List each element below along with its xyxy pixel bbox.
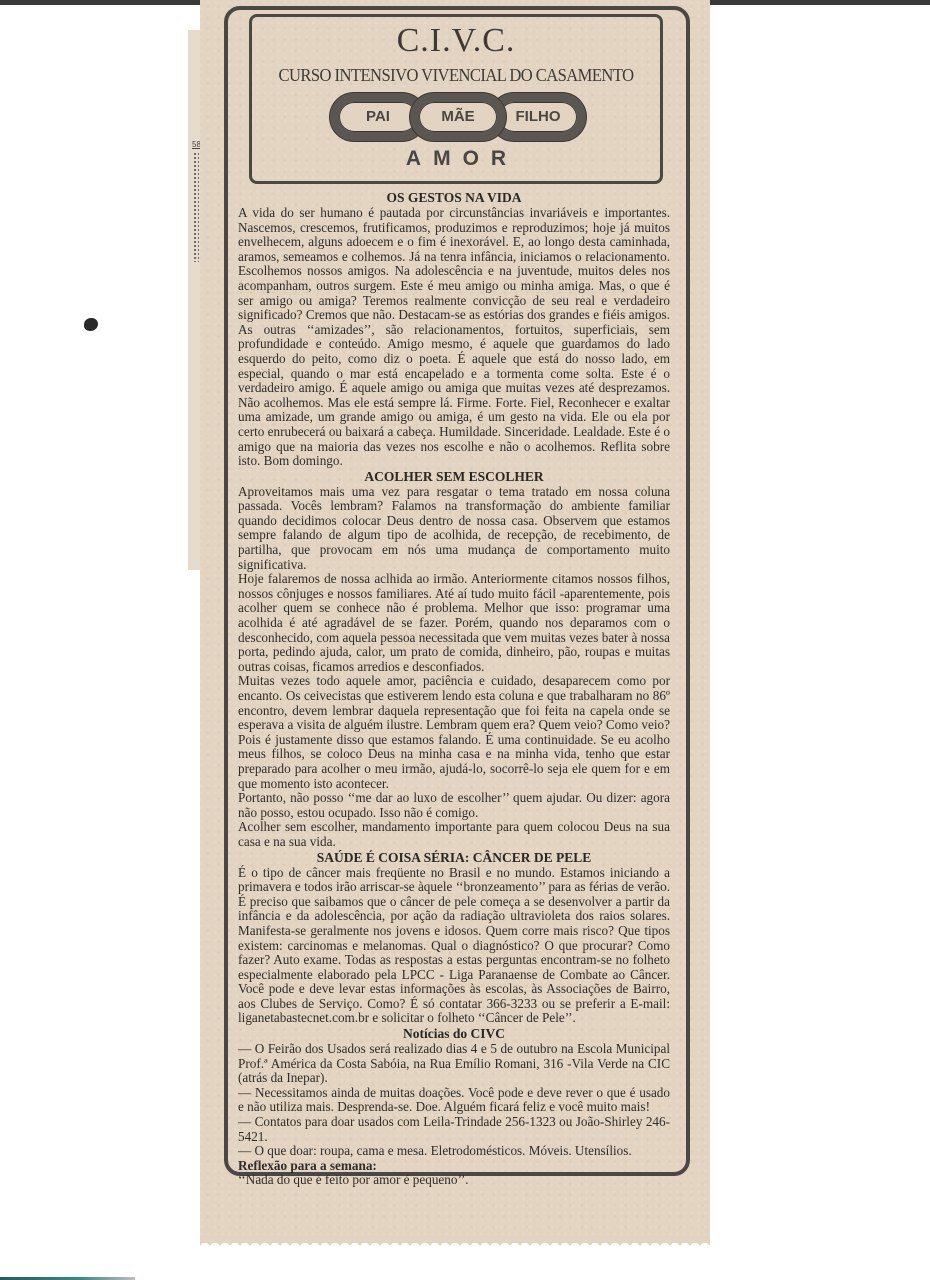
chain-label-mae: MÃE — [418, 108, 498, 125]
motto: AMOR — [252, 147, 660, 171]
section-saude: SAÚDE É COISA SÉRIA: CÂNCER DE PELE É o … — [238, 850, 670, 1027]
section-acolher: ACOLHER SEM ESCOLHER Aproveitamos mais u… — [238, 469, 670, 850]
section-heading: OS GESTOS NA VIDA — [238, 190, 670, 206]
masthead-subtitle: CURSO INTENSIVO VIVENCIAL DO CASAMENTO — [268, 65, 643, 85]
masthead: C.I.V.C. CURSO INTENSIVO VIVENCIAL DO CA… — [249, 14, 663, 184]
news-item: — O que doar: roupa, cama e mesa. Eletro… — [238, 1144, 670, 1159]
paragraph: Muitas vezes todo aquele amor, paciência… — [238, 674, 670, 791]
section-heading: SAÚDE É COISA SÉRIA: CÂNCER DE PELE — [238, 850, 670, 866]
paragraph: É o tipo de câncer mais freqüente no Bra… — [238, 866, 670, 1027]
paragraph: A vida do ser humano é pautada por circu… — [238, 206, 670, 469]
news-item: — O Feirão dos Usados será realizado dia… — [238, 1042, 670, 1086]
paragraph: Hoje falaremos de nossa aclhida ao irmão… — [238, 572, 670, 674]
perforation-dots — [193, 152, 199, 262]
section-noticias: Notícias do CIVC — O Feirão dos Usados s… — [238, 1026, 670, 1188]
masthead-title: C.I.V.C. — [252, 23, 660, 59]
section-heading: Notícias do CIVC — [238, 1026, 670, 1042]
reflection-label: Reflexão para a semana: — [238, 1159, 670, 1174]
chain-label-filho: FILHO — [498, 108, 578, 125]
section-gestos: OS GESTOS NA VIDA A vida do ser humano é… — [238, 190, 670, 469]
paragraph: Portanto, não posso ‘‘me dar ao luxo de … — [238, 791, 670, 820]
chain-label-pai: PAI — [338, 108, 418, 125]
news-item: — Contatos para doar usados com Leila-Tr… — [238, 1115, 670, 1144]
chain-logo-icon: PAI MÃE FILHO — [326, 93, 586, 147]
paragraph: Aproveitamos mais uma vez para resgatar … — [238, 485, 670, 573]
section-heading: ACOLHER SEM ESCOLHER — [238, 469, 670, 485]
ink-spot — [84, 318, 98, 331]
torn-edge — [200, 1236, 710, 1250]
news-item: — Necessitamos ainda de muitas doações. … — [238, 1086, 670, 1115]
reflection-quote: ‘‘Nada do que é feito por amor é pequeno… — [238, 1173, 670, 1188]
paragraph: Acolher sem escolher, mandamento importa… — [238, 820, 670, 849]
article-body: OS GESTOS NA VIDA A vida do ser humano é… — [238, 190, 670, 1188]
